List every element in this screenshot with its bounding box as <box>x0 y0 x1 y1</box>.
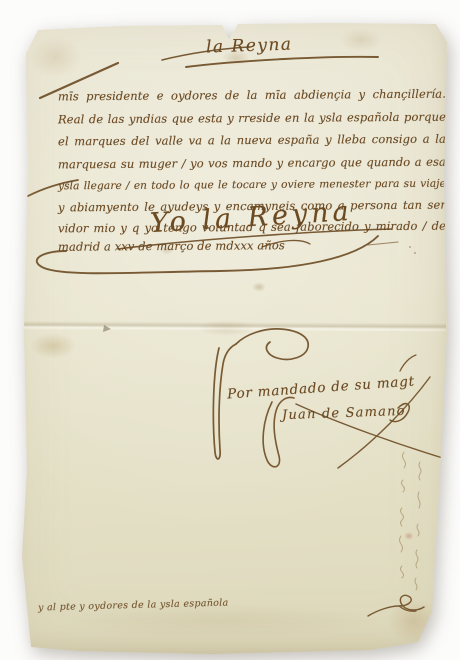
body-line-6: y abiamyento le ayudeys y encamyneis com… <box>58 194 446 219</box>
secretary-order-line: Por mandado de su magt <box>227 373 416 402</box>
manuscript-page-wrap: la Reyna mīs presidente e oydores de la … <box>0 0 460 660</box>
bottom-right-paraph-tail <box>399 606 416 611</box>
ink-dot <box>409 246 411 248</box>
margin-flourish-line7 <box>28 180 78 196</box>
paper-stain <box>30 36 82 78</box>
paper-stain <box>252 282 266 292</box>
secretary-signature-diagonal-b <box>338 377 430 468</box>
body-line-4: marquesa su muger / yo vos mando y encar… <box>58 151 446 176</box>
paper-stain <box>222 50 250 66</box>
photo-backdrop: la Reyna mīs presidente e oydores de la … <box>0 0 460 660</box>
body-line-5: ysla llegare / en todo lo que le tocare … <box>58 173 446 198</box>
paper-stain <box>404 532 414 540</box>
secretary-signature-monogram <box>263 398 294 467</box>
right-edge-docket-scribbles <box>400 452 422 590</box>
secretary-signature-juan-de-samano: Juan de Samano <box>282 404 406 423</box>
paper-stain <box>160 246 174 255</box>
paper-stain <box>388 598 440 644</box>
crease-notch <box>103 325 111 332</box>
body-line-3: el marques del valle va a la nueva españ… <box>58 128 446 153</box>
secretary-paraph-oval <box>236 329 308 359</box>
margin-slash-stroke <box>40 63 118 98</box>
royal-signature-yo-la-reyna: Yo la Reyna <box>149 196 353 239</box>
royal-signature-cross-stroke <box>118 229 392 249</box>
royal-signature-small-dash <box>368 242 398 245</box>
manuscript-page: la Reyna mīs presidente e oydores de la … <box>0 0 460 660</box>
ink-flourish-layer <box>0 0 460 660</box>
ink-dot <box>414 252 416 254</box>
superscript-t-stroke <box>400 355 416 371</box>
secretary-signature-end-loop <box>390 404 409 422</box>
secretary-signature-diagonal-a <box>296 404 446 459</box>
body-line-2: Real de las yndias que esta y rreside en… <box>58 106 446 131</box>
body-line-8: madrid a xxv de março de mdxxx años <box>58 234 285 258</box>
paper-stain <box>30 333 76 359</box>
heading-underline-flourish <box>186 57 378 67</box>
body-line-1: mīs presidente e oydores de la mīa abdie… <box>58 83 446 108</box>
paper-stain <box>340 28 382 52</box>
paper-stain <box>60 604 380 638</box>
body-line-7: vidor mio y q yo tengo voluntad q sea fa… <box>58 215 446 240</box>
heading-accent-stroke <box>162 47 250 60</box>
heading-la-reyna: la Reyna <box>206 34 293 57</box>
royal-signature-underline-flourish <box>37 236 378 273</box>
paper-stain <box>196 320 256 336</box>
dateline-end-flourish <box>262 240 310 247</box>
secretary-paraph-flourish <box>213 344 236 459</box>
fold-crease <box>24 321 446 332</box>
bottom-right-paraph-mark <box>368 595 424 616</box>
bottom-left-docket: y al pte y oydores de la ysla española <box>38 598 229 614</box>
